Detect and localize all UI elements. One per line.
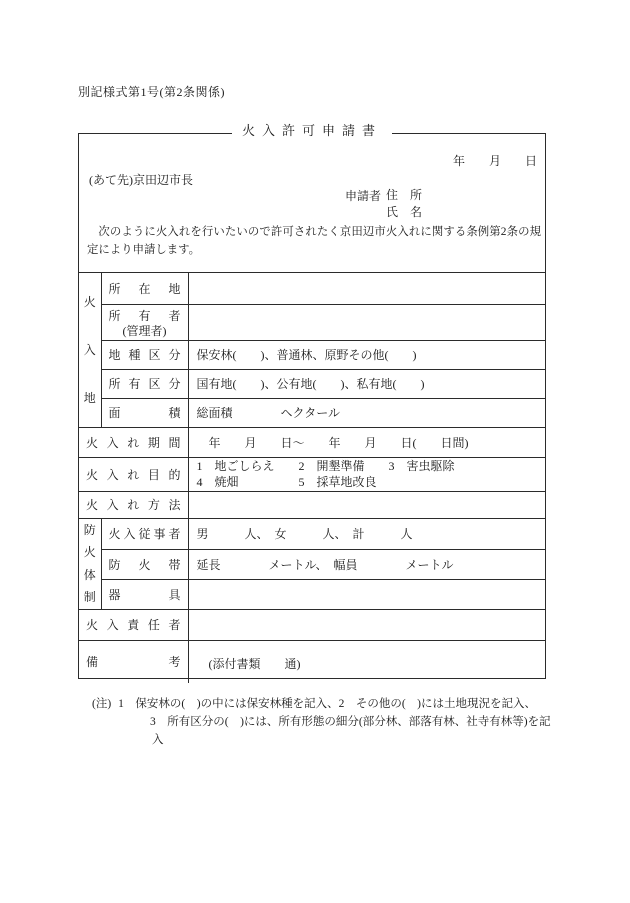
- location-label-cell: 所在地: [101, 273, 188, 304]
- method-label-cell: 火入れ方法: [79, 491, 188, 518]
- period-label-cell: 火入れ期間: [79, 427, 188, 457]
- table-row: 火入れ期間 年 月 日～ 年 月 日( 日間): [79, 427, 545, 457]
- table-row: 所有者 (管理者): [79, 304, 545, 340]
- area-label-cell: 面積: [101, 398, 188, 427]
- date-line: 年 月 日: [453, 152, 537, 169]
- table-row: 防火帯 延長 メートル、 幅員 メートル: [79, 549, 545, 579]
- table-row: 火入れ目的 1 地ごしらえ 2 開墾準備 3 害虫駆除 4 焼畑 5 採草地改良: [79, 457, 545, 491]
- owner-label-cell: 所有者 (管理者): [101, 304, 188, 340]
- table-row: 防火体制 火入従事者 男 人、 女 人、 計 人: [79, 518, 545, 549]
- firebreak-value-cell: 延長 メートル、 幅員 メートル: [188, 549, 545, 579]
- ownership-value-cell: 国有地( )、公有地( )、私有地( ): [188, 369, 545, 398]
- owner-value-cell: [188, 304, 545, 340]
- workers-label-cell: 火入従事者: [101, 518, 188, 549]
- purpose-value-cell: 1 地ごしらえ 2 開墾準備 3 害虫駆除 4 焼畑 5 採草地改良: [188, 457, 545, 491]
- responsible-value-cell: [188, 609, 545, 640]
- remarks-label-cell: 備考: [79, 640, 188, 683]
- footnotes: (注) 1 保安林の( )の中には保安林種を記入、2 その他の( )には土地現況…: [92, 695, 551, 749]
- land-type-label-cell: 地種区分: [101, 340, 188, 369]
- note-line-3: 入: [92, 731, 551, 749]
- method-value-cell: [188, 491, 545, 518]
- equipment-label-cell: 器具: [101, 580, 188, 609]
- form-number-label: 別記様式第1号(第2条関係): [78, 83, 225, 100]
- purpose-label-cell: 火入れ目的: [79, 457, 188, 491]
- table-row: 火入地 所在地: [79, 273, 545, 304]
- period-value-cell: 年 月 日～ 年 月 日( 日間): [188, 427, 545, 457]
- equipment-value-cell: [188, 580, 545, 609]
- declaration-paragraph: 次のように火入れを行いたいので許可されたく京田辺市火入れに関する条例第2条の規定…: [87, 223, 541, 259]
- table-row: 火入責任者: [79, 609, 545, 640]
- land-type-value-cell: 保安林( )、普通林、原野その他( ): [188, 340, 545, 369]
- addressee-line: (あて先)京田辺市長: [89, 171, 193, 188]
- firebreak-label-cell: 防火帯: [101, 549, 188, 579]
- group-label-fire-prevention: 防火体制: [79, 518, 101, 609]
- applicant-address-label: 住 所: [386, 187, 422, 204]
- applicant-name-label: 氏 名: [386, 204, 422, 221]
- table-row: 器具: [79, 580, 545, 609]
- area-value-cell: 総面積 ヘクタール: [188, 398, 545, 427]
- table-row: 火入れ方法: [79, 491, 545, 518]
- workers-value-cell: 男 人、 女 人、 計 人: [188, 518, 545, 549]
- table-row: 備考 (添付書類 通): [79, 640, 545, 683]
- remarks-value-cell: (添付書類 通): [188, 640, 545, 683]
- note-line-2: 3 所有区分の( )には、所有形態の細分(部分林、部落有林、社寺有林等)を記: [92, 713, 551, 731]
- responsible-label-cell: 火入責任者: [79, 609, 188, 640]
- application-form-box: 火入許可申請書 年 月 日 (あて先)京田辺市長 申請者 住 所 氏 名 次のよ…: [78, 133, 546, 679]
- applicant-label: 申請者: [345, 187, 381, 221]
- note-mark: (注): [92, 695, 111, 713]
- table-row: 面積 総面積 ヘクタール: [79, 398, 545, 427]
- document-page: 別記様式第1号(第2条関係) 火入許可申請書 年 月 日 (あて先)京田辺市長 …: [0, 0, 630, 903]
- location-value-cell: [188, 273, 545, 304]
- group-label-land: 火入地: [79, 273, 101, 427]
- form-title: 火入許可申請書: [232, 123, 392, 139]
- table-row: 所有区分 国有地( )、公有地( )、私有地( ): [79, 369, 545, 398]
- table-row: 地種区分 保安林( )、普通林、原野その他( ): [79, 340, 545, 369]
- note-line-1: 1 保安林の( )の中には保安林種を記入、2 その他の( )には土地現況を記入、: [118, 695, 536, 713]
- applicant-block: 申請者 住 所 氏 名: [345, 187, 422, 221]
- form-table: 火入地 所在地 所有者 (管理者): [79, 272, 545, 678]
- ownership-label-cell: 所有区分: [101, 369, 188, 398]
